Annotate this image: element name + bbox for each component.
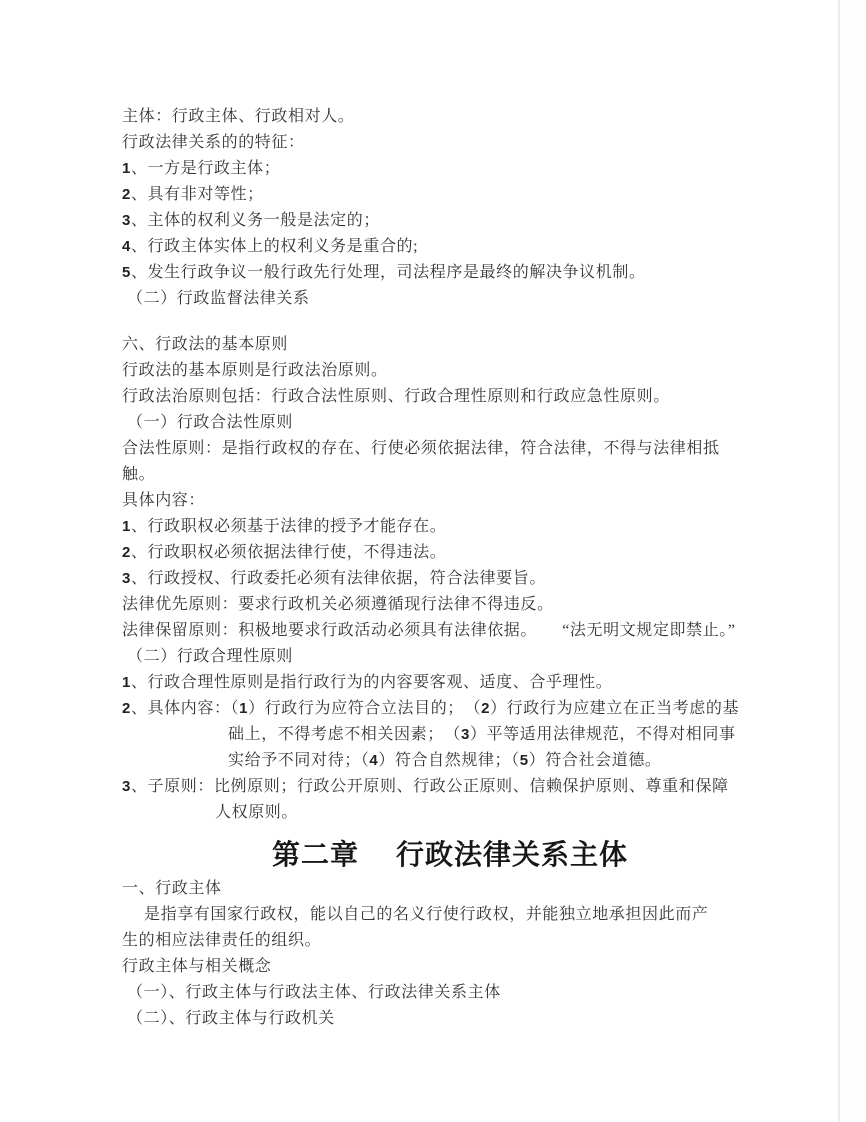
text-segment: 、具体内容：（: [131, 700, 239, 717]
page-right-gutter: [840, 0, 866, 1122]
text-segment: ）行政行为应建立在正当考虑的基: [490, 700, 739, 717]
text-segment: 合法性原则：是指行政权的存在、行使必须依据法律，符合法律，不得与法律相抵: [122, 440, 720, 457]
bold-number: 1: [239, 700, 248, 717]
text-line: 2、行政职权必须依据法律行使，不得违法。: [122, 540, 778, 566]
text-segment: （一）、行政主体与行政法主体、行政法律关系主体: [127, 984, 501, 1001]
text-line: 3、行政授权、行政委托必须有法律依据，符合法律要旨。: [122, 566, 778, 592]
text-line: 行政法的基本原则是行政法治原则。: [122, 358, 778, 384]
text-segment: 生的相应法律责任的组织。: [122, 932, 321, 949]
text-line: 六、行政法的基本原则: [122, 332, 778, 358]
bold-number: 2: [122, 700, 131, 717]
text-line: 1、行政合理性原则是指行政行为的内容要客观、适度、合乎理性。: [122, 670, 778, 696]
text-line: 一、行政主体: [122, 876, 778, 902]
bold-number: 1: [122, 160, 131, 177]
text-segment: 、行政授权、行政委托必须有法律依据，符合法律要旨。: [131, 570, 546, 587]
text-line: 具体内容：: [122, 488, 778, 514]
text-segment: 、子原则：比例原则；行政公开原则、行政公正原则、信赖保护原则、尊重和保障: [131, 778, 729, 795]
bold-number: 5: [122, 264, 131, 281]
text-segment: 第二章 行政法律关系主体: [272, 840, 628, 871]
text-line: 人权原则。: [215, 800, 778, 826]
blank-line: [122, 312, 778, 332]
text-line: 实给予不同对待；（4）符合自然规律；（5）符合社会道德。: [228, 748, 778, 774]
text-line: 2、具有非对等性；: [122, 182, 778, 208]
text-line: （二）行政监督法律关系: [127, 286, 778, 312]
text-segment: （二）行政监督法律关系: [127, 290, 310, 307]
text-line: 3、子原则：比例原则；行政公开原则、行政公正原则、信赖保护原则、尊重和保障: [122, 774, 778, 800]
text-line: 4、行政主体实体上的权利义务是重合的;: [122, 234, 778, 260]
text-segment: 一、行政主体: [122, 880, 222, 897]
bold-number: 3: [461, 726, 470, 743]
text-segment: ）符合社会道德。: [529, 752, 662, 769]
text-segment: 、行政主体实体上的权利义务是重合的;: [131, 238, 418, 255]
text-segment: ）符合自然规律；（: [378, 752, 519, 769]
text-line: 行政主体与相关概念: [122, 954, 778, 980]
bold-number: 4: [122, 238, 131, 255]
text-segment: 实给予不同对待；（: [228, 752, 369, 769]
text-line: （二）行政合理性原则: [127, 644, 778, 670]
text-segment: 、具有非对等性；: [131, 186, 264, 203]
text-segment: 、发生行政争议一般行政先行处理，司法程序是最终的解决争议机制。: [131, 264, 646, 281]
text-segment: 行政主体与相关概念: [122, 958, 271, 975]
text-segment: 主体：行政主体、行政相对人。: [122, 108, 354, 125]
text-line: 1、行政职权必须基于法律的授予才能存在。: [122, 514, 778, 540]
bold-number: 2: [481, 700, 490, 717]
text-line: 法律优先原则：要求行政机关必须遵循现行法律不得违反。: [122, 592, 778, 618]
text-line: 是指享有国家行政权，能以自己的名义行使行政权，并能独立地承担因此而产: [144, 902, 778, 928]
text-segment: 、行政合理性原则是指行政行为的内容要客观、适度、合乎理性。: [131, 674, 612, 691]
chapter-title: 第二章 行政法律关系主体: [122, 836, 778, 876]
text-segment: 行政法律关系的的特征：: [122, 134, 305, 151]
text-segment: （二）行政合理性原则: [127, 648, 293, 665]
bold-number: 1: [122, 518, 131, 535]
bold-number: 2: [122, 186, 131, 203]
text-line: 行政法治原则包括：行政合法性原则、行政合理性原则和行政应急性原则。: [122, 384, 778, 410]
document-page: 主体：行政主体、行政相对人。行政法律关系的的特征：1、一方是行政主体；2、具有非…: [0, 0, 866, 1122]
text-segment: 行政法治原则包括：行政合法性原则、行政合理性原则和行政应急性原则。: [122, 388, 670, 405]
text-line: 生的相应法律责任的组织。: [122, 928, 778, 954]
text-segment: 法律优先原则：要求行政机关必须遵循现行法律不得违反。: [122, 596, 554, 613]
text-line: （一）行政合法性原则: [127, 410, 778, 436]
text-line: 1、一方是行政主体；: [122, 156, 778, 182]
text-segment: 、一方是行政主体；: [131, 160, 280, 177]
text-line: 法律保留原则：积极地要求行政活动必须具有法律依据。 “法无明文规定即禁止。”: [122, 618, 778, 644]
text-segment: 、行政职权必须依据法律行使，不得违法。: [131, 544, 446, 561]
text-segment: （二）、行政主体与行政机关: [127, 1010, 335, 1027]
text-line: 5、发生行政争议一般行政先行处理，司法程序是最终的解决争议机制。: [122, 260, 778, 286]
text-line: 行政法律关系的的特征：: [122, 130, 778, 156]
text-line: 础上，不得考虑不相关因素； （3）平等适用法律规范，不得对相同事: [228, 722, 778, 748]
bold-number: 3: [122, 212, 131, 229]
text-segment: ）平等适用法律规范，不得对相同事: [470, 726, 736, 743]
text-segment: 人权原则。: [215, 804, 298, 821]
page-edge-line: [838, 0, 840, 1122]
text-segment: ）行政行为应符合立法目的； （: [248, 700, 481, 717]
bold-number: 5: [520, 752, 529, 769]
text-segment: 具体内容：: [122, 492, 205, 509]
document-body: 主体：行政主体、行政相对人。行政法律关系的的特征：1、一方是行政主体；2、具有非…: [122, 104, 778, 1032]
text-segment: 法律保留原则：积极地要求行政活动必须具有法律依据。: [122, 622, 562, 639]
text-segment: “法无明文规定即禁止。”: [562, 622, 735, 639]
text-segment: 行政法的基本原则是行政法治原则。: [122, 362, 388, 379]
bold-number: 3: [122, 778, 131, 795]
text-segment: 触。: [122, 466, 155, 483]
text-line: 3、主体的权利义务一般是法定的；: [122, 208, 778, 234]
bold-number: 3: [122, 570, 131, 587]
text-segment: 、行政职权必须基于法律的授予才能存在。: [131, 518, 446, 535]
text-line: （一）、行政主体与行政法主体、行政法律关系主体: [127, 980, 778, 1006]
text-line: 主体：行政主体、行政相对人。: [122, 104, 778, 130]
text-segment: 、主体的权利义务一般是法定的；: [131, 212, 380, 229]
text-segment: 是指享有国家行政权，能以自己的名义行使行政权，并能独立地承担因此而产: [144, 906, 708, 923]
bold-number: 2: [122, 544, 131, 561]
text-line: （二）、行政主体与行政机关: [127, 1006, 778, 1032]
bold-number: 1: [122, 674, 131, 691]
text-line: 触。: [122, 462, 778, 488]
text-segment: （一）行政合法性原则: [127, 414, 293, 431]
text-segment: 六、行政法的基本原则: [122, 336, 288, 353]
text-segment: 础上，不得考虑不相关因素； （: [228, 726, 461, 743]
text-line: 2、具体内容：（1）行政行为应符合立法目的； （2）行政行为应建立在正当考虑的基: [122, 696, 778, 722]
text-line: 合法性原则：是指行政权的存在、行使必须依据法律，符合法律，不得与法律相抵: [122, 436, 778, 462]
